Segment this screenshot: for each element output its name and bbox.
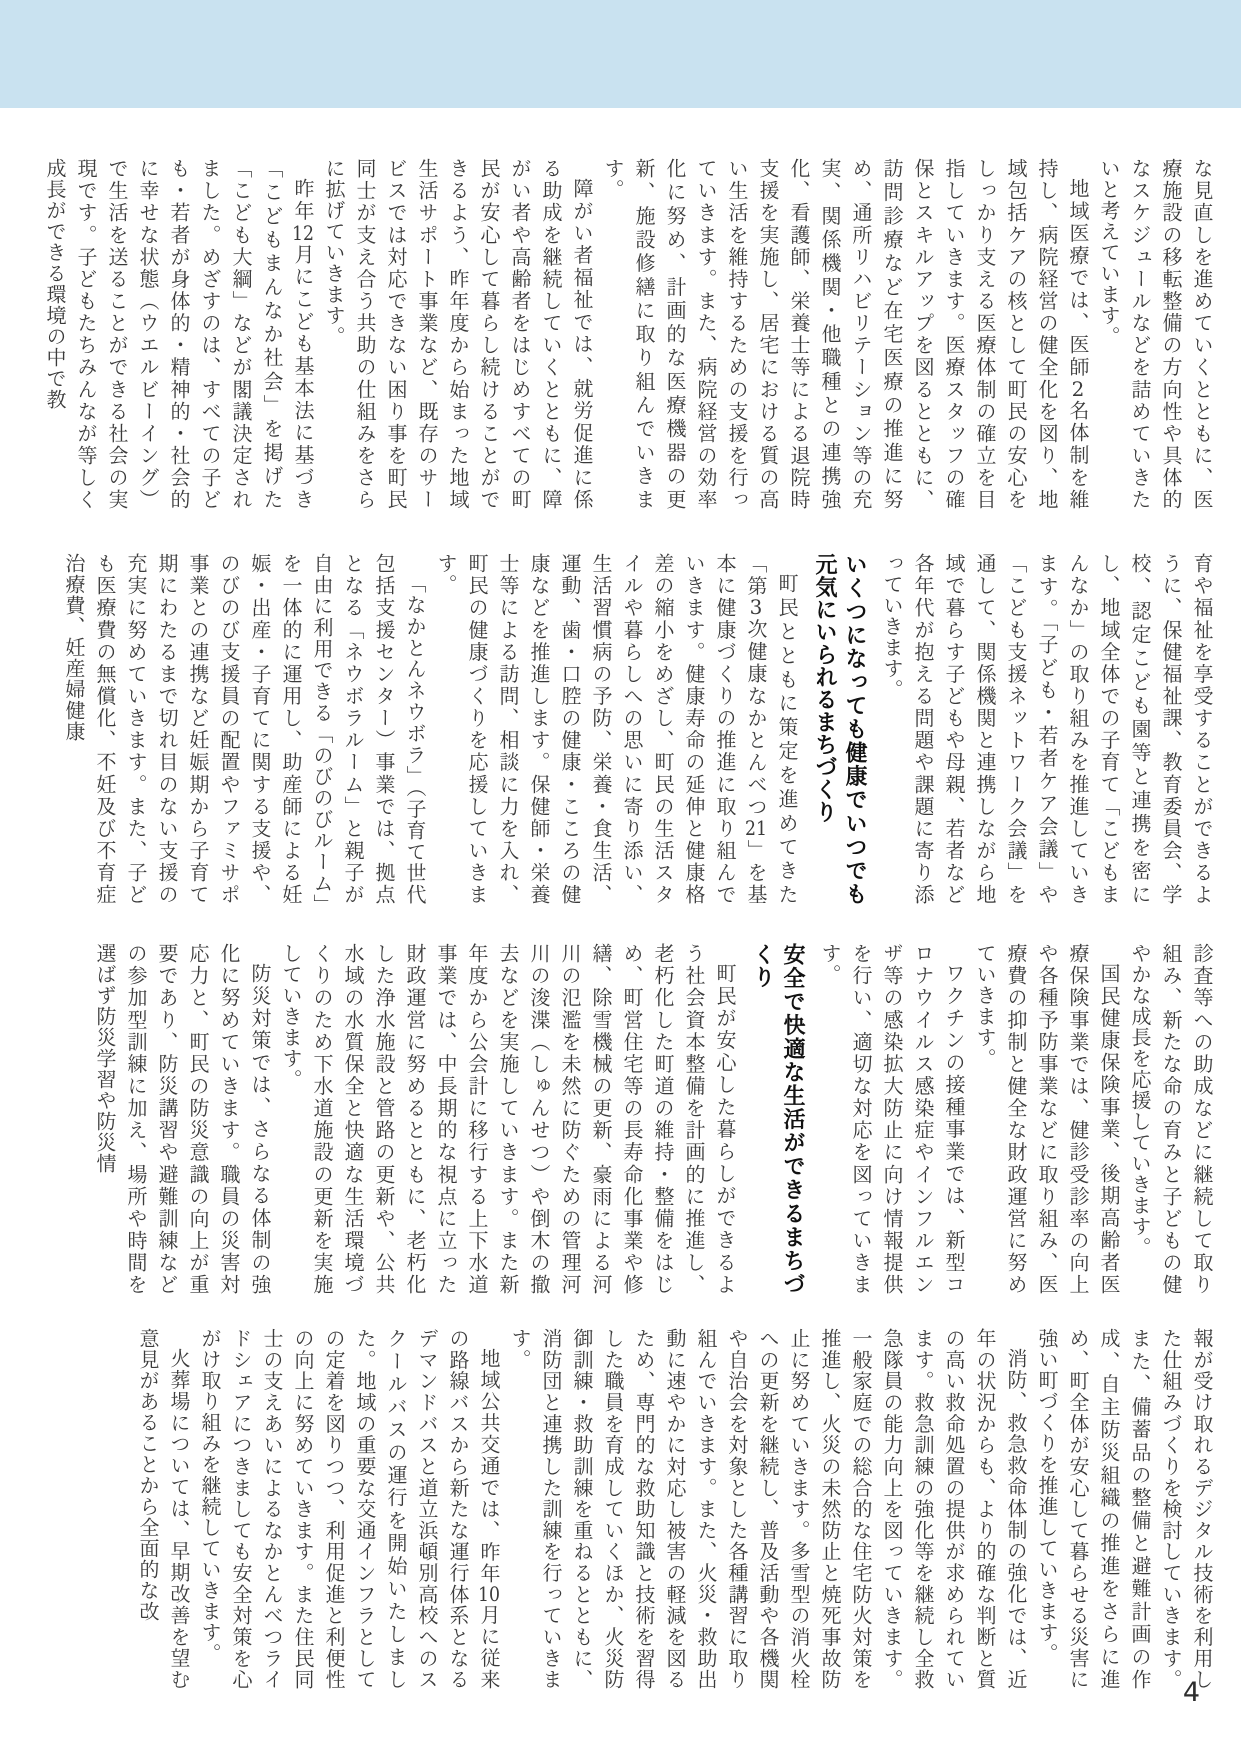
text-band-2: 育や福祉を享受することができるように、保健福祉課、教育委員会、学校、認定こども園… [85,553,1217,905]
tate-chu-yoko-number: 12 [291,223,315,244]
text-band-3: 診査等への助成などに継続して取り組み、新たな命の育みと子どもの健やかな成長を応援… [85,943,1217,1295]
tate-chu-yoko-number: 2 [1066,379,1090,400]
paragraph: 障がい者福祉では、就労促進に係る助成を継続していくとともに、障がい者や高齢者をは… [318,158,597,510]
paragraph: 消防、救急救命体制の強化では、近年の状況からも、より的確な判断と質の高い救命処置… [504,1328,1031,1690]
paragraph: 診査等への助成などに継続して取り組み、新たな命の育みと子どもの健やかな成長を応援… [1124,943,1217,1295]
paragraph: 火葬場については、早期改善を望む意見があることから全面的な改 [132,1328,194,1690]
tate-chu-yoko-number: 10 [477,1584,501,1604]
section-heading: いくつになっても健康でいつでも元気にいられるまちづくり [809,553,869,905]
tate-chu-yoko-number: 21 [744,818,768,839]
page-number: 4 [1183,1677,1200,1708]
paragraph: 報が受け取れるデジタル技術を利用した仕組みづくりを検討していきます。また、備蓄品… [1031,1328,1217,1690]
paragraph: 地域医療では、医師2名体制を維持し、病院経営の健全化を図り、地域包括ケアの核とし… [597,158,1093,510]
paragraph: 町民とともに策定を進めてきた「第3次健康なかとんべつ21」を基本に健康づくりの推… [430,553,802,905]
header-color-band [0,0,1241,108]
paragraph: な見直しを進めていくとともに、医療施設の移転整備の方向性や具体的なスケジュールな… [1093,158,1217,510]
newsletter-page: な見直しを進めていくとともに、医療施設の移転整備の方向性や具体的なスケジュールな… [0,0,1241,1754]
paragraph: 育や福祉を享受することができるように、保健福祉課、教育委員会、学校、認定こども園… [876,553,1217,905]
text-band-1: な見直しを進めていくとともに、医療施設の移転整備の方向性や具体的なスケジュールな… [85,158,1217,510]
paragraph: 昨年12月にこども基本法に基づき「こどもまんなか社会」を掲げた「こども大綱」など… [39,158,318,510]
section-heading: 安全で快適な生活ができるまちづくり [747,943,807,1295]
paragraph: 国民健康保険事業、後期高齢者医療保険事業では、健診受診率の向上や各種予防事業など… [969,943,1124,1295]
paragraph: 地域公共交通では、昨年10月に従来の路線バスから新たな運行体系となるデマンドバス… [194,1328,504,1690]
tate-chu-yoko-number: 3 [744,597,768,618]
paragraph: 防災対策では、さらなる体制の強化に努めていきます。職員の災害対応力と、町民の防災… [89,943,275,1295]
paragraph: ワクチンの接種事業では、新型コロナウイルス感染症やインフルエンザ等の感染拡大防止… [814,943,969,1295]
text-band-4: 報が受け取れるデジタル技術を利用した仕組みづくりを検討していきます。また、備蓄品… [85,1328,1217,1690]
paragraph: 「なかとんネウボラ」（子育て世代包括支援センター）事業では、拠点となる「ネウボラ… [58,553,430,905]
paragraph: 町民が安心した暮らしができるよう社会資本整備を計画的に推進し、老朽化した町道の維… [275,943,740,1295]
